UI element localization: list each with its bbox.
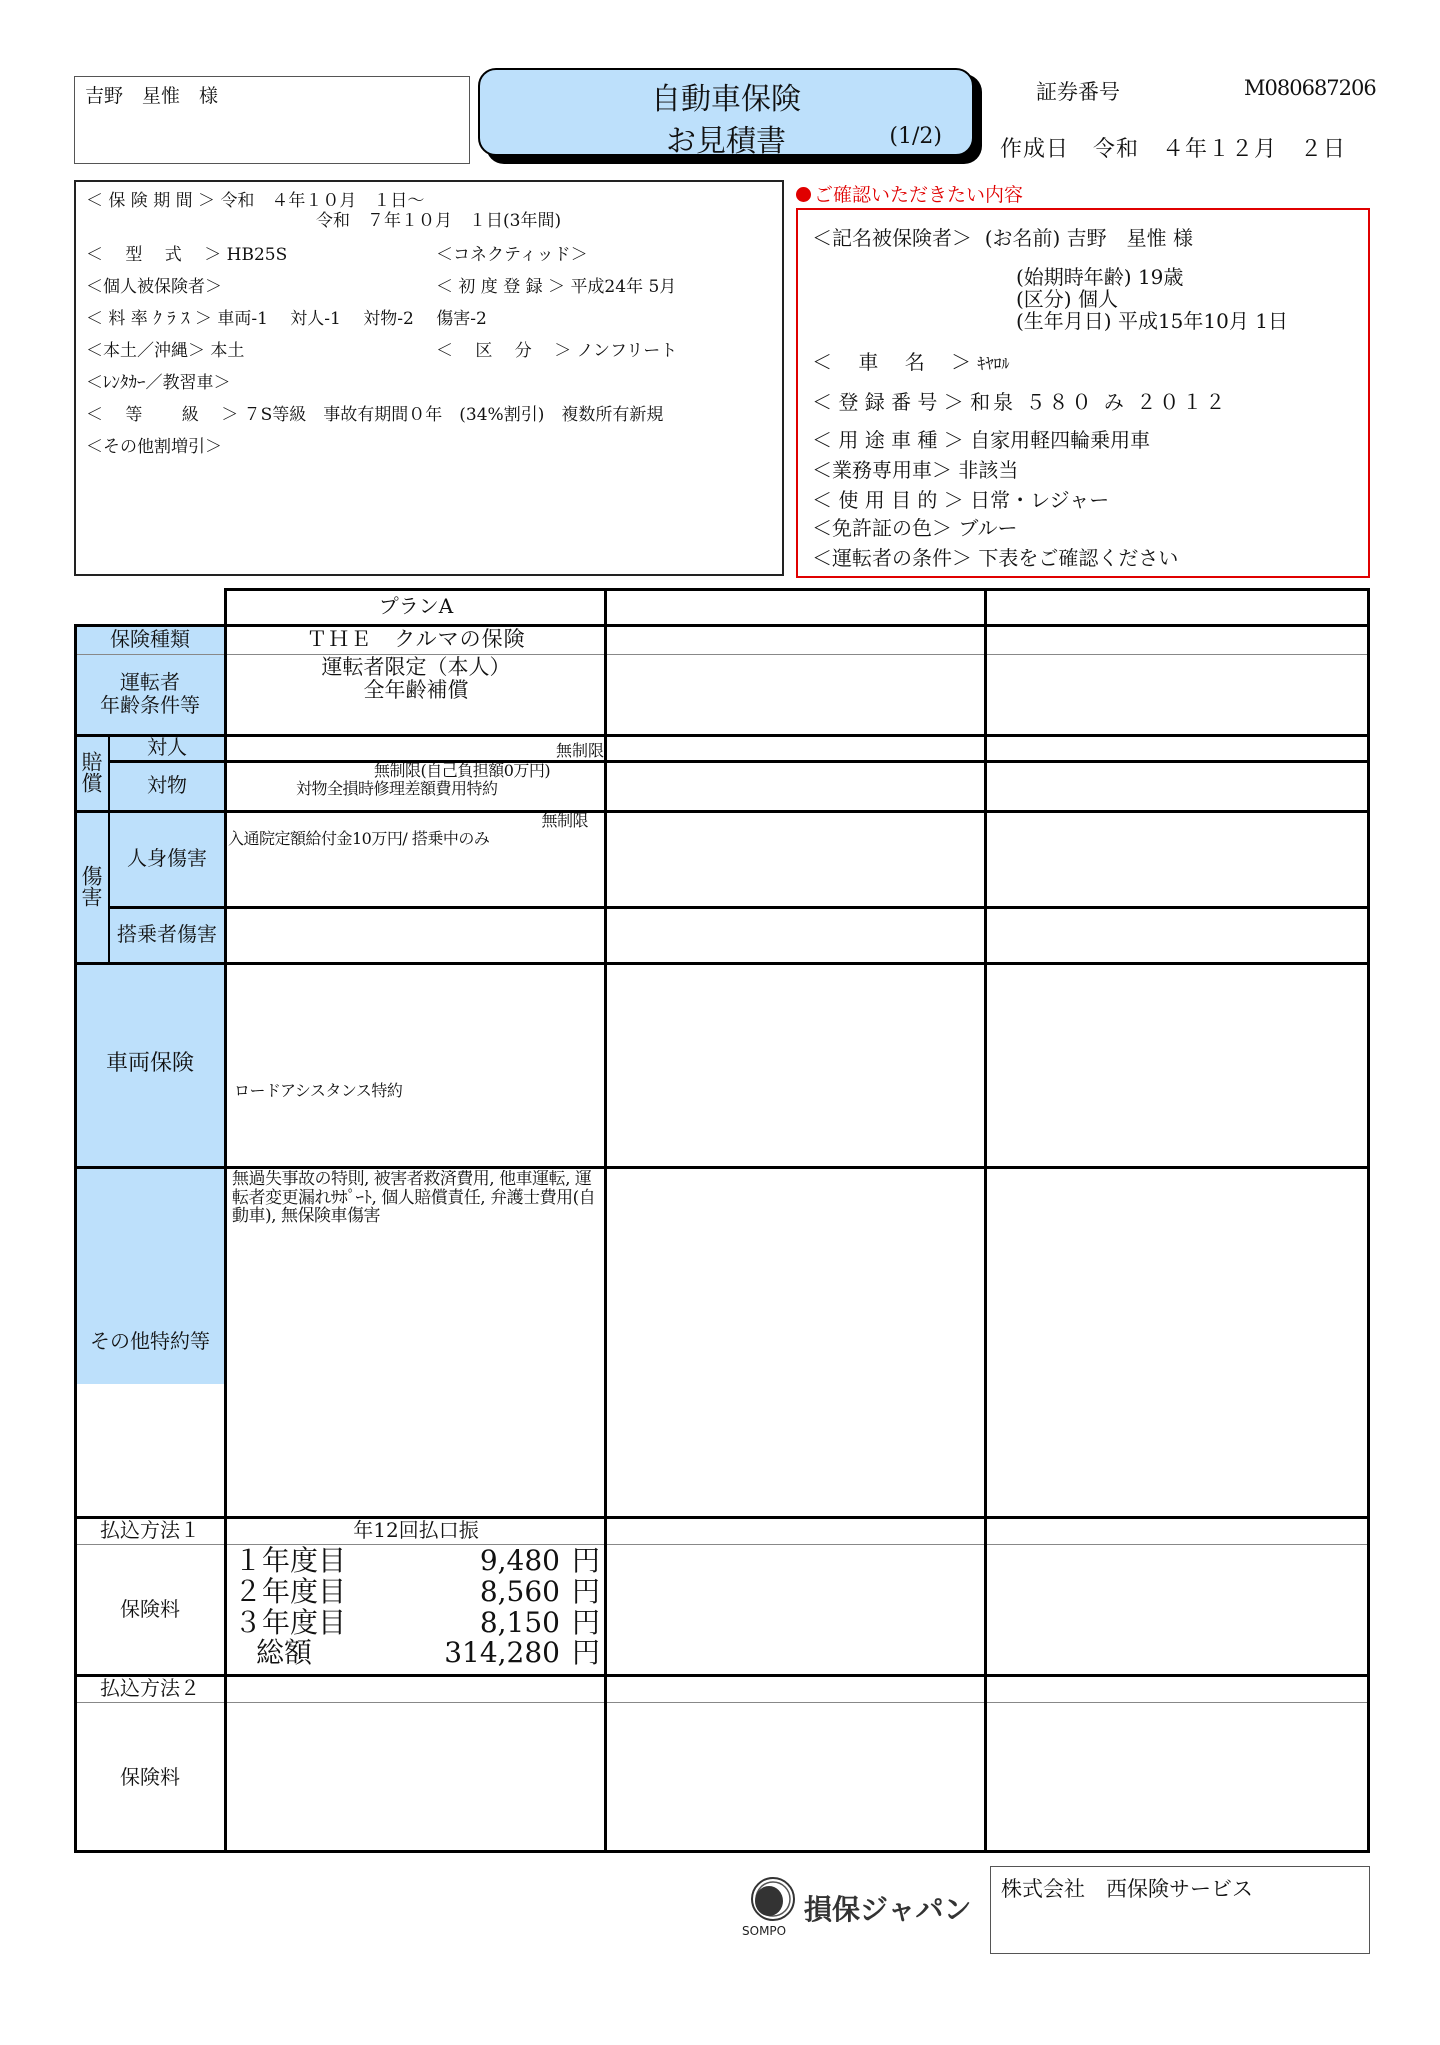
premium-2-label: 保険料 (74, 1702, 226, 1852)
table-rule (74, 1544, 1370, 1545)
table-rule (108, 734, 110, 962)
table-rule (74, 1674, 1370, 1677)
business-row: ＜業務専用車＞ 非該当 (812, 454, 1018, 483)
payment-method-2-label: 払込方法２ (74, 1674, 226, 1702)
period-to: 令和 ７年１０月 １日(3年間) (316, 210, 561, 233)
table-rule (224, 588, 1370, 591)
policy-number: M080687206 (1244, 76, 1376, 100)
recipient-box: 吉野 星惟 様 (74, 76, 470, 164)
table-rule (74, 1166, 1370, 1169)
property-label: 対物 (108, 760, 226, 810)
driver-row: ＜運転者の条件＞ 下表をご確認ください (812, 542, 1178, 571)
logo-text: 損保ジャパン (804, 1888, 971, 1928)
premium-1-list: １年度目9,480円２年度目8,560円３年度目8,150円総額314,280円 (234, 1546, 600, 1669)
plan-c-header (986, 588, 1368, 624)
table-rule (74, 962, 1370, 965)
other-riders-label: その他特約等 (74, 1166, 226, 1516)
premium-1-label: 保険料 (74, 1544, 226, 1674)
insured-details: (始期時年齢) 19歳(区分) 個人(生年月日) 平成15年10月 1日 (1016, 266, 1288, 332)
rental-label: ＜ﾚﾝﾀｶｰ／教習車＞ (86, 372, 231, 395)
premium-row: １年度目9,480円 (234, 1546, 600, 1577)
grade-row: ＜ 等 級 ＞ ７S等級 事故有期間０年 (34%割引) 複数所有新規 (86, 404, 663, 427)
premium-row: ２年度目8,560円 (234, 1577, 600, 1608)
table-rule (74, 624, 77, 1853)
title-line1: 自動車保険 (480, 74, 972, 118)
logo-sub: SOMPO (742, 1924, 786, 1938)
recipient-name: 吉野 星惟 様 (85, 85, 218, 107)
created-date: 作成日 令和 ４年１２月 ２日 (1000, 132, 1346, 163)
table-rule (74, 810, 1370, 813)
first-registration: ＜ 初 度 登 録 ＞ 平成24年 5月 (436, 276, 676, 299)
confirm-panel: ＜記名被保険者＞ (お名前) 吉野 星惟 様 (始期時年齢) 19歳(区分) 個… (796, 208, 1370, 578)
policy-number-label: 証券番号 (1036, 76, 1120, 106)
insured-row: ＜記名被保険者＞ (お名前) 吉野 星惟 様 (812, 222, 1193, 251)
table-rule (108, 906, 1370, 909)
personal-injury-value: 無制限入通院定額給付金10万円/ 搭乗中のみ (226, 812, 606, 848)
insurance-type-label: 保険種類 (74, 624, 226, 654)
injury-group-label: 傷害 (74, 810, 108, 962)
table-rule (74, 1850, 1370, 1853)
sompo-japan-logo: SOMPO 損保ジャパン (742, 1874, 982, 1944)
table-rule (74, 1702, 1370, 1703)
agent-box: 株式会社 西保険サービス (990, 1866, 1370, 1954)
car-name-row: ＜ 車 名 ＞ ｷﾔﾛﾙ (812, 346, 1009, 375)
passenger-injury-label: 搭乗者傷害 (108, 906, 226, 962)
driver-condition-value: 運転者限定（本人）全年齢補償 (226, 656, 606, 702)
payment-method-1-label: 払込方法１ (74, 1516, 226, 1544)
use-type-row: ＜ 用 途 車 種 ＞ 自家用軽四輪乗用車 (812, 424, 1150, 453)
coverage-table: プランA 保険種類 ＴＨＥ クルマの保険 運転者 年齢条件等 運転者限定（本人）… (74, 588, 1370, 1854)
purpose-row: ＜ 使 用 目 的 ＞ 日常・レジャー (812, 484, 1109, 513)
individual-insured-label: ＜個人被保険者＞ (86, 276, 222, 299)
page-indicator: (1/2) (889, 124, 942, 149)
table-rule (224, 588, 227, 1853)
liability-group-label: 賠償 (74, 734, 108, 810)
rate-class-row: ＜ 料 率 ｸ ﾗ ｽ ＞ 車両-1 対人-1 対物-2 傷害-2 (86, 308, 487, 331)
table-rule (74, 624, 1370, 627)
table-rule (984, 588, 987, 1853)
plan-b-header (606, 588, 986, 624)
table-rule (74, 1516, 1370, 1519)
table-rule (74, 654, 226, 655)
vehicle-insurance-label: 車両保険 (74, 962, 226, 1166)
premium-row: ３年度目8,150円 (234, 1608, 600, 1639)
table-rule (604, 588, 607, 1853)
division-row: ＜ 区 分 ＞ ノンフリート (436, 340, 677, 363)
policy-info-panel: ＜ 保 険 期 間 ＞ 令和 ４年１０月 １日～ 令和 ７年１０月 １日(3年間… (74, 180, 784, 576)
payment-method-1-value: 年12回払口振 (226, 1516, 606, 1544)
confirm-heading: ご確認いただきたい内容 (796, 180, 1023, 207)
agent-name: 株式会社 西保険サービス (1001, 1877, 1253, 1901)
region-row: ＜本土／沖縄＞ 本土 (86, 340, 244, 363)
document-title: 自動車保険 お見積書 (1/2) (478, 68, 974, 156)
plan-a-header: プランA (226, 588, 606, 624)
table-rule (108, 760, 1370, 763)
insurance-type-value: ＴＨＥ クルマの保険 (226, 624, 606, 654)
bodily-label: 対人 (108, 734, 226, 760)
other-discount-label: ＜その他割増引＞ (86, 436, 222, 459)
other-riders-value: 無過失事故の特則, 被害者救済費用, 他車運転, 運転者変更漏れｻﾎﾟｰﾄ, 個… (232, 1170, 600, 1226)
bodily-value: 無制限 (226, 734, 604, 760)
sompo-mark-icon (746, 1874, 800, 1928)
table-rule (74, 734, 1370, 737)
table-rule (1367, 588, 1370, 1853)
created-value: 令和 ４年１２月 ２日 (1093, 137, 1346, 162)
created-label: 作成日 (1000, 137, 1069, 162)
table-rule (226, 654, 1370, 655)
registration-row: ＜ 登 録 番 号 ＞ 和泉 ５８０ み ２０１２ (812, 386, 1228, 415)
premium-row: 総額314,280円 (234, 1638, 600, 1669)
personal-injury-label: 人身傷害 (108, 810, 226, 906)
property-value: 無制限(自己負担額0万円)対物全損時修理差額費用特約 (226, 762, 606, 798)
red-dot-icon (796, 187, 811, 202)
driver-condition-label: 運転者 年齢条件等 (74, 654, 226, 734)
model-row: ＜ 型 式 ＞ HB25S (86, 244, 287, 267)
connected-label: ＜コネクティッド＞ (436, 244, 588, 267)
vehicle-insurance-value: ロードアシスタンス特約 (234, 1082, 594, 1100)
license-row: ＜免許証の色＞ ブルー (812, 512, 1018, 541)
